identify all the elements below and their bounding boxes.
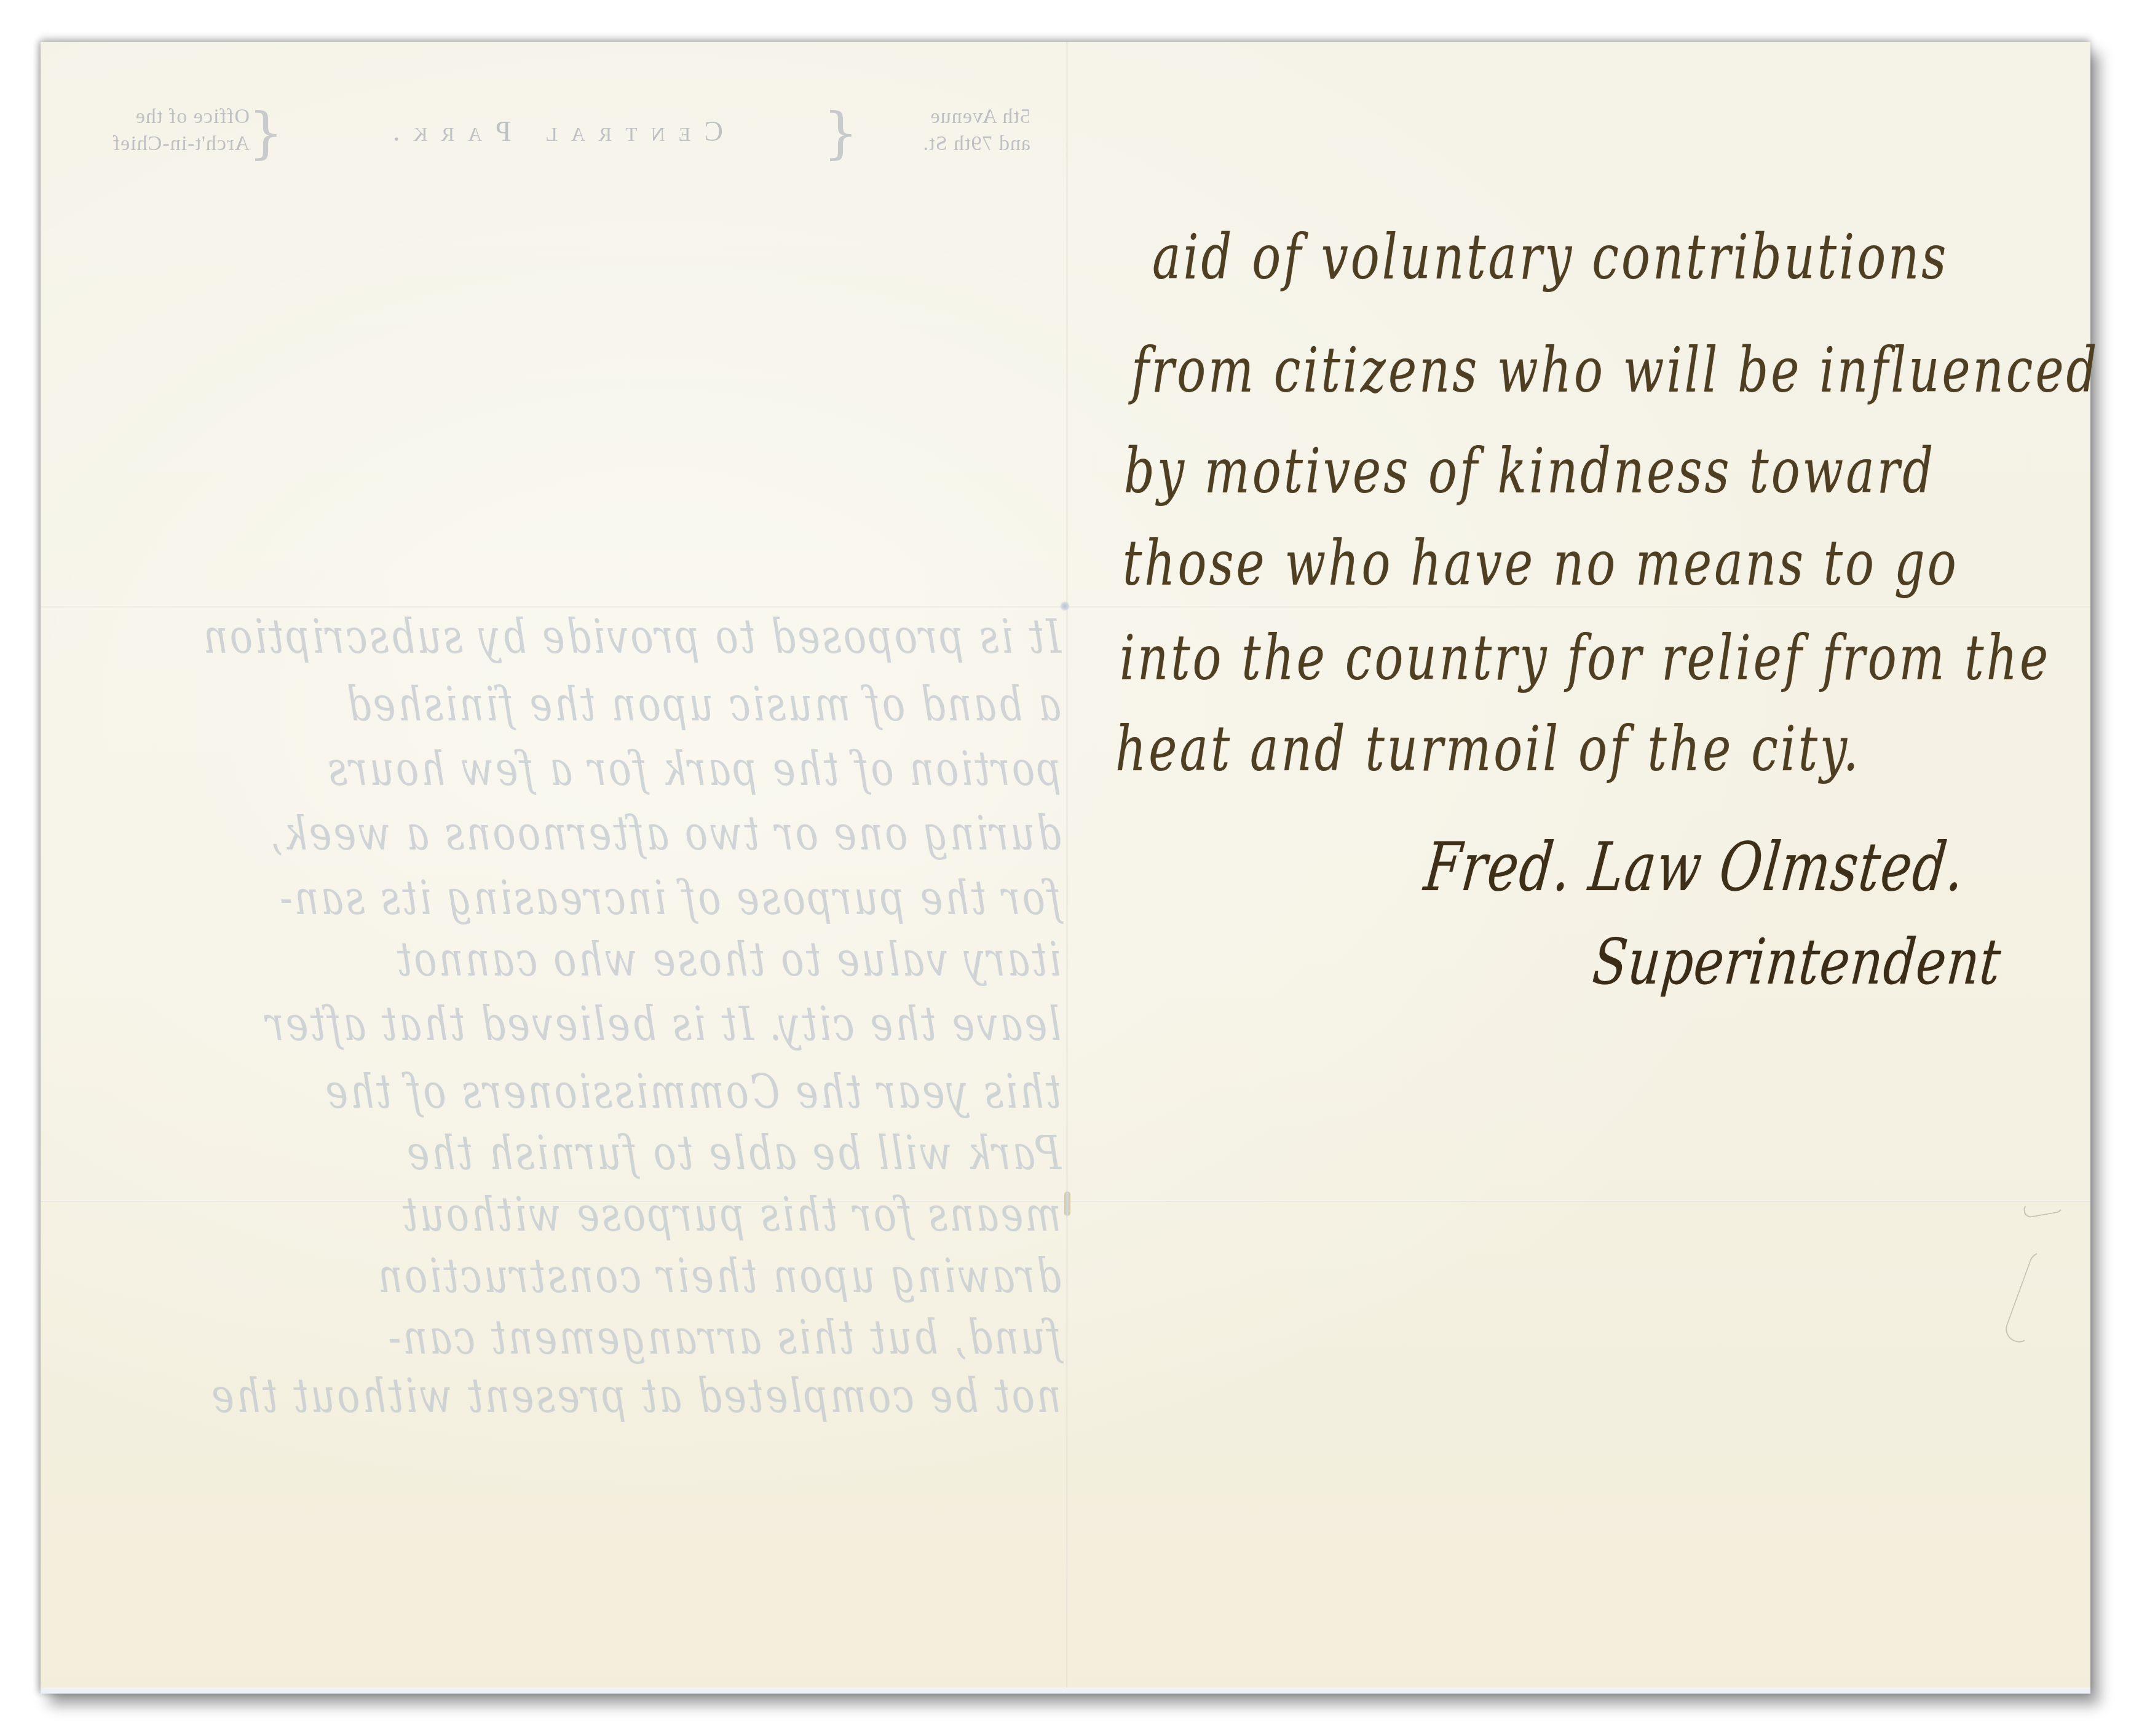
vertical-fold-crease (1066, 42, 1068, 1694)
show-through-line: during one or two afternoons a week, (269, 805, 1061, 861)
letter-line: from citizens who will be influenced (1131, 335, 2100, 407)
show-through-line: means for this purpose without (401, 1186, 1061, 1242)
letterhead-brace-left: { (823, 106, 858, 161)
show-through-line: not be completed at present without the (210, 1367, 1061, 1423)
show-through-line: leave the city. It is believed that afte… (264, 995, 1061, 1051)
show-through-line: itary value to those who cannot (395, 931, 1061, 987)
show-through-line: for the purpose of increasing its san- (278, 869, 1061, 925)
letter-line: aid of voluntary contributions (1152, 222, 1948, 294)
letter-line: heat and turmoil of the city. (1115, 714, 1861, 786)
signature-name: Fred. Law Olmsted. (1421, 828, 1969, 906)
fold-tear-mark (1064, 1191, 1070, 1216)
letterhead-show-through: 5th Avenue and 79th St. { Central Park. … (84, 103, 1043, 177)
signature-title: Superintendent (1590, 926, 2004, 999)
letter-line: those who have no means to go (1123, 528, 1959, 600)
show-through-line: portion of the park for a few hours (326, 740, 1061, 796)
fold-pinhole-mark (1060, 601, 1070, 611)
show-through-line: a band of music upon the finished (345, 676, 1061, 732)
letterhead-office: Office of the Arch't-in-Chief (113, 103, 250, 157)
letterhead-brace-right: { (248, 106, 283, 161)
letterhead-office-line1: Office of the (113, 103, 250, 130)
letterhead-address: 5th Avenue and 79th St. (923, 103, 1030, 157)
letterhead-office-line2: Arch't-in-Chief (113, 130, 250, 157)
show-through-line: fund, but this arrangement can- (387, 1309, 1061, 1365)
show-through-line: drawing upon their construction (376, 1247, 1061, 1303)
paper-bottom-edge (41, 1687, 2090, 1694)
letter-line: into the country for relief from the (1120, 623, 2050, 695)
letterhead-address-line2: and 79th St. (923, 130, 1030, 157)
show-through-line: It is proposed to provide by subscriptio… (202, 608, 1061, 664)
show-through-line: Park will be able to furnish the (405, 1124, 1061, 1180)
letterhead-address-line1: 5th Avenue (923, 103, 1030, 130)
letter-line: by motives of kindness toward (1124, 436, 1935, 508)
letter-paper: 5th Avenue and 79th St. { Central Park. … (41, 42, 2090, 1694)
paper-fiber-mark (2002, 1248, 2060, 1346)
letterhead-central-park: Central Park. (379, 118, 723, 145)
show-through-line: this year the Commissioners of the (323, 1063, 1061, 1119)
